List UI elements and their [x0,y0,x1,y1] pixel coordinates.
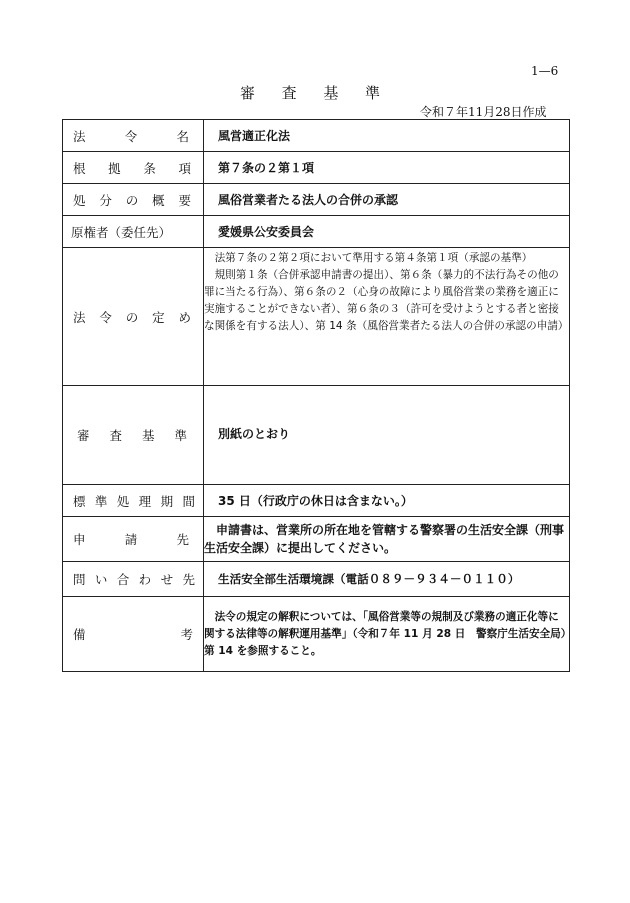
label-char: 標 [73,492,86,510]
label-char: 理 [139,492,152,510]
label-remarks: 備 考 [63,597,204,672]
table-row-application-office: 申 請 先 申請書は、営業所の所在地を管轄する警察署の生活安全課（刑事生活安全課… [63,517,570,562]
value-text: 生活安全部生活環境課（電話０８９－９３４－０１１０） [204,571,569,587]
value-standard-period: 35 日（行政庁の休日は含まない。） [204,485,570,517]
table-row-remarks: 備 考 法令の規定の解釈については、「風俗営業等の規制及び業務の適正化等に関する… [63,597,570,672]
label-char: 期 [161,492,174,510]
value-text: 愛媛県公安委員会 [204,223,569,240]
value-review-criteria: 別紙のとおり [204,386,570,485]
paragraph: 法第７条の２第２項において準用する第４条第１項（承認の基準） [204,250,569,267]
table-row-disposition-summary: 処 分 の 概 要 風俗営業者たる法人の合併の承認 [63,184,570,216]
label-authority: 原権者（委任先） [63,216,204,248]
label-char: 基 [142,426,155,444]
value-legal-provisions: 法第７条の２第２項において準用する第４条第１項（承認の基準） 規則第１条（合併承… [204,248,570,386]
label-char: 考 [180,625,193,643]
value-inquiries: 生活安全部生活環境課（電話０８９－９３４－０１１０） [204,562,570,597]
value-text: 35 日（行政庁の休日は含まない。） [204,492,569,509]
label-char: 分 [99,191,112,209]
label-char: 法 [73,127,86,145]
label-char: 令 [125,127,138,145]
label-char: 令 [99,308,112,326]
table-row-legal-provisions: 法 令 の 定 め 法第７条の２第２項において準用する第４条第１項（承認の基準）… [63,248,570,386]
value-text: 風営適正化法 [204,127,569,144]
label-char: 問 [73,570,86,588]
label-char: 合 [117,570,130,588]
value-basis: 第７条の２第１項 [204,152,570,184]
table-row-standard-period: 標 準 処 理 期 間 35 日（行政庁の休日は含まない。） [63,485,570,517]
label-char: 処 [117,492,130,510]
created-date: 令和７年11月28日作成 [420,103,547,120]
label-char: 申 [73,530,86,548]
paragraph: 規則第１条（合併承認申請書の提出）、第６条（暴力的不法行為その他の罪に当たる行為… [204,267,569,335]
value-law-name: 風営適正化法 [204,120,570,152]
label-review-criteria: 審 査 基 準 [63,386,204,485]
label-char: め [178,308,191,326]
value-text: 別紙のとおり [204,425,569,446]
label-legal-provisions: 法 令 の 定 め [63,248,204,386]
title-char: 審 [240,82,255,103]
label-char: 条 [143,159,156,177]
value-text: 第７条の２第１項 [204,159,569,176]
label-char: 査 [109,426,122,444]
label-basis: 根 拠 条 項 [63,152,204,184]
label-char: 請 [125,530,138,548]
table-row-law-name: 法 令 名 風営適正化法 [63,120,570,152]
criteria-table: 法 令 名 風営適正化法 根 拠 条 項 第７条の２第１項 処 分 の [62,119,570,672]
label-char: わ [139,570,152,588]
label-char: 間 [182,492,195,510]
label-text: 原権者（委任先） [71,223,171,241]
label-char: 定 [152,308,165,326]
title-char: 準 [365,82,380,103]
document-title: 審 査 基 準 [240,82,380,103]
label-inquiries: 問 い 合 わ せ 先 [63,562,204,597]
table-row-review-criteria: 審 査 基 準 別紙のとおり [63,386,570,485]
label-char: 処 [73,191,86,209]
value-disposition-summary: 風俗営業者たる法人の合併の承認 [204,184,570,216]
label-char: 要 [178,191,191,209]
label-char: 概 [152,191,165,209]
label-char: 審 [77,426,90,444]
label-char: 名 [176,127,189,145]
label-disposition-summary: 処 分 の 概 要 [63,184,204,216]
label-char: 準 [95,492,108,510]
label-char: の [126,308,139,326]
title-char: 査 [282,82,297,103]
label-char: 先 [182,570,195,588]
label-char: 先 [176,530,189,548]
value-application-office: 申請書は、営業所の所在地を管轄する警察署の生活安全課（刑事生活安全課）に提出して… [204,517,570,562]
paragraph: 申請書は、営業所の所在地を管轄する警察署の生活安全課（刑事生活安全課）に提出して… [204,521,569,557]
label-char: 項 [178,159,191,177]
table-row-inquiries: 問 い 合 わ せ 先 生活安全部生活環境課（電話０８９－９３４－０１１０） [63,562,570,597]
label-standard-period: 標 準 処 理 期 間 [63,485,204,517]
value-remarks: 法令の規定の解釈については、「風俗営業等の規制及び業務の適正化等に関する法律等の… [204,597,570,672]
table-row-authority: 原権者（委任先） 愛媛県公安委員会 [63,216,570,248]
label-char: せ [161,570,174,588]
paragraph: 法令の規定の解釈については、「風俗営業等の規制及び業務の適正化等に関する法律等の… [204,609,569,660]
label-char: 備 [73,625,86,643]
label-char: 拠 [108,159,121,177]
page-number: 1—6 [531,64,558,78]
label-char: 準 [174,426,187,444]
title-char: 基 [323,82,338,103]
label-application-office: 申 請 先 [63,517,204,562]
label-char: 法 [73,308,86,326]
value-authority: 愛媛県公安委員会 [204,216,570,248]
label-char: 根 [73,159,86,177]
value-text: 風俗営業者たる法人の合併の承認 [204,191,569,208]
label-char: い [95,570,108,588]
table-row-basis: 根 拠 条 項 第７条の２第１項 [63,152,570,184]
label-char: の [126,191,139,209]
label-law-name: 法 令 名 [63,120,204,152]
